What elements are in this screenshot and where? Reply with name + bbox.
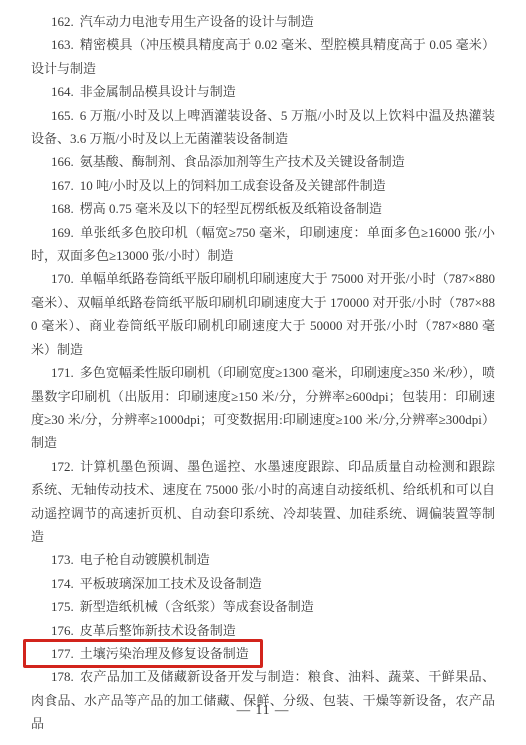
list-item-165: 165.6 万瓶/小时及以上啤酒灌装设备、5 万瓶/小时及以上饮料中温及热灌装设… bbox=[31, 104, 495, 151]
item-number: 170. bbox=[51, 271, 80, 286]
item-number: 176. bbox=[51, 623, 80, 638]
item-text: 电子枪自动镀膜机制造 bbox=[80, 552, 210, 567]
item-text: 汽车动力电池专用生产设备的设计与制造 bbox=[80, 14, 314, 29]
list-item-172: 172.计算机墨色预调、墨色遥控、水墨速度跟踪、印品质量自动检测和跟踪系统、无轴… bbox=[31, 455, 495, 549]
list-item-168: 168.楞高 0.75 毫米及以下的轻型瓦楞纸板及纸箱设备制造 bbox=[31, 197, 495, 220]
list-item-169: 169.单张纸多色胶印机（幅宽≥750 毫米，印刷速度：单面多色≥16000 张… bbox=[31, 221, 495, 268]
list-item-176: 176.皮革后整饰新技术设备制造 bbox=[31, 619, 495, 642]
list-item-177-highlighted: 177.土壤污染治理及修复设备制造 bbox=[31, 642, 249, 665]
list-item-175: 175.新型造纸机械（含纸浆）等成套设备制造 bbox=[31, 595, 495, 618]
list-item-174: 174.平板玻璃深加工技术及设备制造 bbox=[31, 572, 495, 595]
item-text: 农产品加工及储藏新设备开发与制造：粮食、油料、蔬菜、干鲜果品、肉食品、水产品等产… bbox=[31, 669, 495, 731]
item-text: 皮革后整饰新技术设备制造 bbox=[80, 623, 236, 638]
item-text: 10 吨/小时及以上的饲料加工成套设备及关键部件制造 bbox=[80, 178, 386, 193]
item-text: 6 万瓶/小时及以上啤酒灌装设备、5 万瓶/小时及以上饮料中温及热灌装设备、3.… bbox=[31, 108, 495, 146]
item-number: 171. bbox=[51, 365, 80, 380]
item-text: 单张纸多色胶印机（幅宽≥750 毫米，印刷速度：单面多色≥16000 张/小时，… bbox=[31, 225, 495, 263]
list-item-164: 164.非金属制品模具设计与制造 bbox=[31, 80, 495, 103]
item-number: 166. bbox=[51, 154, 80, 169]
document-body: 162.汽车动力电池专用生产设备的设计与制造 163.精密模具（冲压模具精度高于… bbox=[31, 10, 495, 736]
item-number: 173. bbox=[51, 552, 80, 567]
item-number: 163. bbox=[51, 37, 80, 52]
item-number: 175. bbox=[51, 599, 80, 614]
item-text: 单幅单纸路卷筒纸平版印刷机印刷速度大于 75000 对开张/小时（787×880… bbox=[31, 271, 495, 356]
item-text: 氨基酸、酶制剂、食品添加剂等生产技术及关键设备制造 bbox=[80, 154, 405, 169]
list-item-170: 170.单幅单纸路卷筒纸平版印刷机印刷速度大于 75000 对开张/小时（787… bbox=[31, 267, 495, 361]
item-number: 177. bbox=[51, 646, 80, 661]
item-number: 169. bbox=[51, 225, 80, 240]
item-text: 新型造纸机械（含纸浆）等成套设备制造 bbox=[80, 599, 314, 614]
item-text: 楞高 0.75 毫米及以下的轻型瓦楞纸板及纸箱设备制造 bbox=[80, 201, 382, 216]
item-number: 162. bbox=[51, 14, 80, 29]
item-number: 165. bbox=[51, 108, 80, 123]
list-item-163: 163.精密模具（冲压模具精度高于 0.02 毫米、型腔模具精度高于 0.05 … bbox=[31, 33, 495, 80]
list-item-167: 167.10 吨/小时及以上的饲料加工成套设备及关键部件制造 bbox=[31, 174, 495, 197]
item-number: 168. bbox=[51, 201, 80, 216]
list-item-171: 171.多色宽幅柔性版印刷机（印刷宽度≥1300 毫米，印刷速度≥350 米/秒… bbox=[31, 361, 495, 455]
list-item-178: 178.农产品加工及储藏新设备开发与制造：粮食、油料、蔬菜、干鲜果品、肉食品、水… bbox=[31, 665, 495, 735]
list-item-173: 173.电子枪自动镀膜机制造 bbox=[31, 548, 495, 571]
item-text: 计算机墨色预调、墨色遥控、水墨速度跟踪、印品质量自动检测和跟踪系统、无轴传动技术… bbox=[31, 459, 495, 544]
item-text: 多色宽幅柔性版印刷机（印刷宽度≥1300 毫米，印刷速度≥350 米/秒），喷墨… bbox=[31, 365, 495, 450]
list-item-162: 162.汽车动力电池专用生产设备的设计与制造 bbox=[31, 10, 495, 33]
item-text: 土壤污染治理及修复设备制造 bbox=[80, 646, 249, 661]
item-text: 精密模具（冲压模具精度高于 0.02 毫米、型腔模具精度高于 0.05 毫米）设… bbox=[31, 37, 495, 75]
page-number: — 11 — bbox=[0, 702, 526, 718]
item-text: 平板玻璃深加工技术及设备制造 bbox=[80, 576, 262, 591]
document-page: 162.汽车动力电池专用生产设备的设计与制造 163.精密模具（冲压模具精度高于… bbox=[0, 0, 526, 745]
item-number: 172. bbox=[51, 459, 80, 474]
item-number: 164. bbox=[51, 84, 80, 99]
item-text: 非金属制品模具设计与制造 bbox=[80, 84, 236, 99]
item-number: 167. bbox=[51, 178, 80, 193]
item-number: 174. bbox=[51, 576, 80, 591]
item-number: 178. bbox=[51, 669, 80, 684]
list-item-166: 166.氨基酸、酶制剂、食品添加剂等生产技术及关键设备制造 bbox=[31, 150, 495, 173]
